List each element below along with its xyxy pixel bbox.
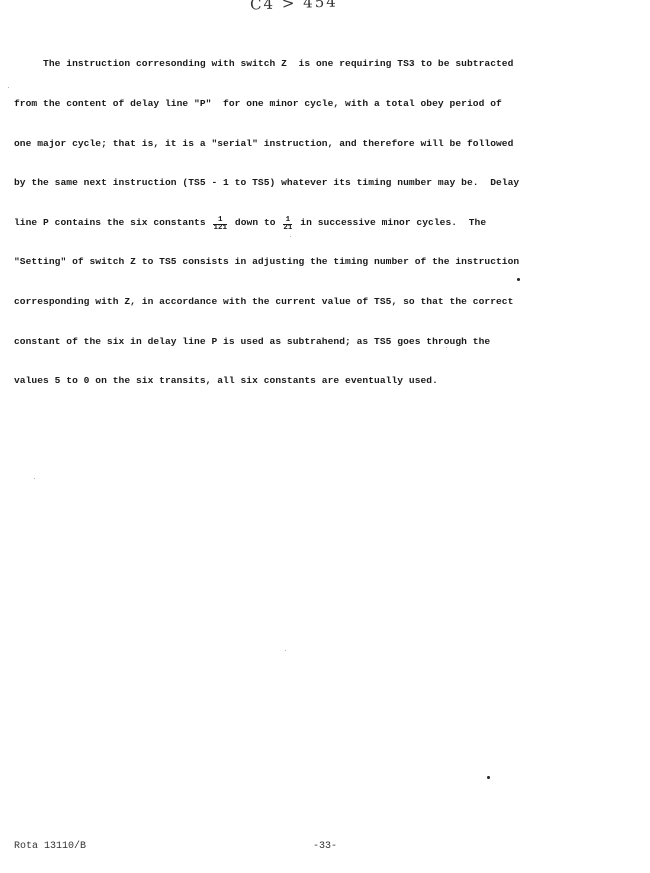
text-line: corresponding with Z, in accordance with… (14, 295, 639, 308)
scan-speck (290, 236, 291, 237)
text-line: one major cycle; that is, it is a "seria… (14, 137, 639, 150)
text-segment: line P contains the six constants (14, 217, 211, 228)
scan-speck (8, 87, 9, 88)
text-line: "Setting" of switch Z to TS5 consists in… (14, 255, 639, 268)
handwritten-annotation: C4 > 454 (250, 0, 338, 14)
text-line: from the content of delay line "P" for o… (14, 97, 639, 110)
text-segment: down to (229, 217, 281, 228)
text-line: values 5 to 0 on the six transits, all s… (14, 374, 639, 387)
fraction-1-over-21: 121 (283, 217, 292, 232)
text-line: The instruction corresonding with switch… (14, 57, 639, 70)
document-reference: Rota 13110/B (14, 841, 86, 852)
scan-speck (285, 650, 286, 651)
text-line-with-fractions: line P contains the six constants 1121 d… (14, 216, 639, 229)
text-line: constant of the six in delay line P is u… (14, 335, 639, 348)
scan-speck (517, 278, 520, 281)
scan-speck (487, 776, 490, 779)
text-segment: in successive minor cycles. The (294, 217, 486, 228)
document-page: C4 > 454 The instruction corresonding wi… (0, 0, 650, 873)
scan-speck (34, 478, 35, 479)
fraction-denominator: 121 (213, 225, 227, 232)
fraction-denominator: 21 (283, 225, 292, 232)
page-number: -33- (313, 841, 337, 852)
body-paragraph: The instruction corresonding with switch… (14, 31, 639, 414)
text-line: by the same next instruction (TS5 - 1 to… (14, 176, 639, 189)
fraction-1-over-121: 1121 (213, 217, 227, 232)
scan-speck (446, 347, 447, 348)
